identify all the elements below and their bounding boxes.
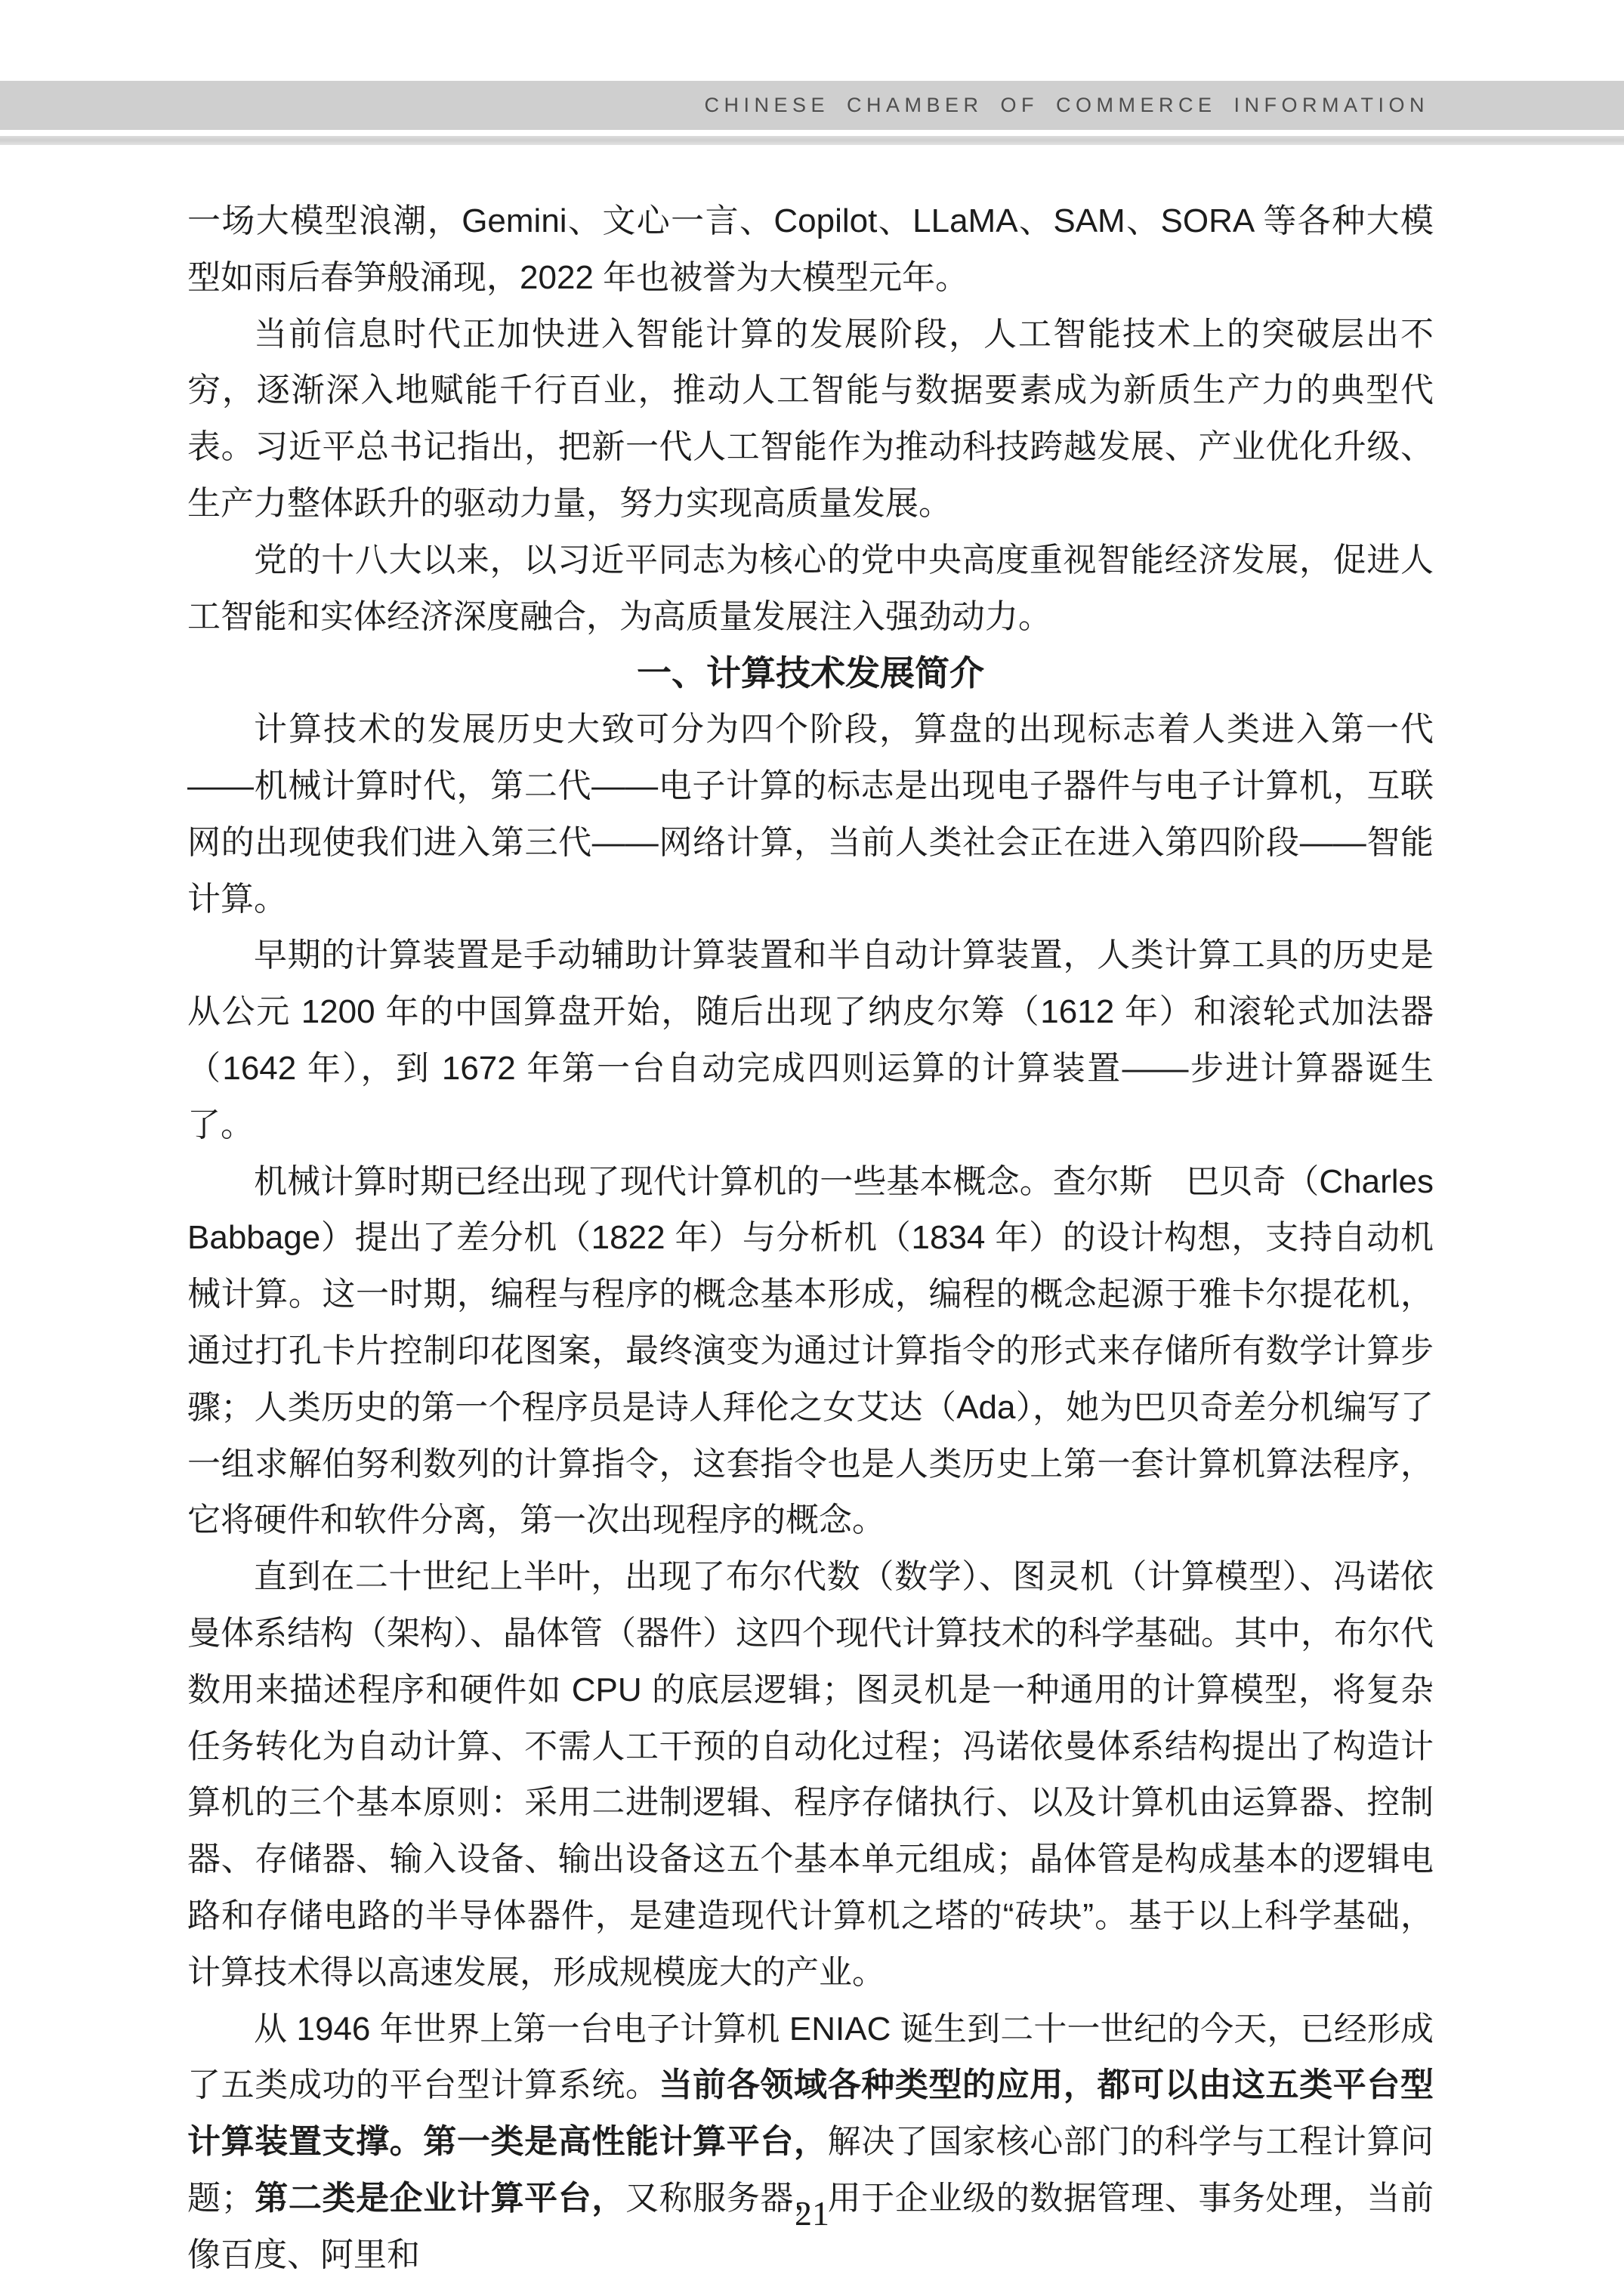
- text-run: 早期的计算装置是手动辅助计算装置和半自动计算装置，人类计算工具的历史是从公元 1…: [187, 937, 1434, 1143]
- section-heading: 一、计算技术发展简介: [187, 645, 1434, 702]
- paragraph: 从 1946 年世界上第一台电子计算机 ENIAC 诞生到二十一世纪的今天，已经…: [187, 2001, 1434, 2284]
- paragraph: 早期的计算装置是手动辅助计算装置和半自动计算装置，人类计算工具的历史是从公元 1…: [187, 927, 1434, 1153]
- header-banner-text: CHINESE CHAMBER OF COMMERCE INFORMATION: [704, 94, 1429, 117]
- paragraph: 直到在二十世纪上半叶，出现了布尔代数（数学）、图灵机（计算模型）、冯诺依曼体系结…: [187, 1549, 1434, 2001]
- text-run: 直到在二十世纪上半叶，出现了布尔代数（数学）、图灵机（计算模型）、冯诺依曼体系结…: [187, 1558, 1434, 1991]
- document-body: 一场大模型浪潮，Gemini、文心一言、Copilot、LLaMA、SAM、SO…: [187, 193, 1434, 2283]
- text-run: 一场大模型浪潮，Gemini、文心一言、Copilot、LLaMA、SAM、SO…: [187, 202, 1434, 296]
- paragraph: 一场大模型浪潮，Gemini、文心一言、Copilot、LLaMA、SAM、SO…: [187, 193, 1434, 307]
- paragraph: 计算技术的发展历史大致可分为四个阶段，算盘的出现标志着人类进入第一代——机械计算…: [187, 702, 1434, 927]
- header-divider-strip: [0, 136, 1624, 145]
- text-run: 当前信息时代正加快进入智能计算的发展阶段，人工智能技术上的突破层出不穷，逐渐深入…: [187, 316, 1434, 522]
- page-number: 21: [0, 2195, 1624, 2233]
- paragraph: 党的十八大以来，以习近平同志为核心的党中央高度重视智能经济发展，促进人工智能和实…: [187, 532, 1434, 646]
- header-band: CHINESE CHAMBER OF COMMERCE INFORMATION: [0, 81, 1624, 130]
- document-page: CHINESE CHAMBER OF COMMERCE INFORMATION …: [0, 0, 1624, 2293]
- text-run: 党的十八大以来，以习近平同志为核心的党中央高度重视智能经济发展，促进人工智能和实…: [187, 542, 1434, 635]
- text-run: 机械计算时期已经出现了现代计算机的一些基本概念。查尔斯 巴贝奇（Charles …: [187, 1163, 1434, 1539]
- paragraph: 当前信息时代正加快进入智能计算的发展阶段，人工智能技术上的突破层出不穷，逐渐深入…: [187, 307, 1434, 532]
- text-run: 计算技术的发展历史大致可分为四个阶段，算盘的出现标志着人类进入第一代——机械计算…: [187, 711, 1434, 917]
- paragraph: 机械计算时期已经出现了现代计算机的一些基本概念。查尔斯 巴贝奇（Charles …: [187, 1154, 1434, 1550]
